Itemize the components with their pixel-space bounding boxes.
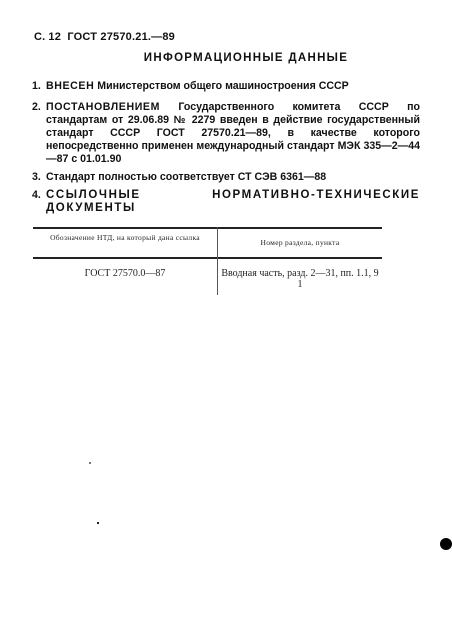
- info-item-4: 4. ССЫЛОЧНЫЕ НОРМАТИВНО-ТЕХНИЧЕСКИЕ ДОКУ…: [32, 189, 420, 215]
- page-header: С.12 ГОСТ 27570.21.—89: [34, 31, 175, 43]
- table-cell-designation: ГОСТ 27570.0—87: [33, 268, 217, 279]
- item-number: 3.: [32, 171, 41, 184]
- table-top-rule: [33, 227, 382, 229]
- item-lead: ПОСТАНОВЛЕНИЕМ: [46, 101, 160, 113]
- item-text: Министерством общего машиностроения СССР: [97, 80, 348, 92]
- scan-speck: [97, 522, 99, 524]
- item-number: 1.: [32, 80, 41, 93]
- column-header-designation: Обозначение НТД, на который дана ссылка: [33, 233, 217, 242]
- info-item-3: 3. Стандарт полностью соответствует СТ С…: [32, 171, 420, 184]
- item-text: ССЫЛОЧНЫЕ НОРМАТИВНО-ТЕХНИЧЕСКИЕ ДОКУМЕН…: [46, 189, 420, 214]
- page-number: 12: [48, 31, 61, 43]
- table-cell-section: Вводная часть, разд. 2—31, пп. 1.1, 9 1: [218, 268, 382, 290]
- scan-speck: [89, 462, 91, 464]
- info-item-1: 1. ВНЕСЕН Министерством общего машиностр…: [32, 80, 420, 93]
- page-prefix: С.: [34, 31, 45, 43]
- punch-hole-mark: [440, 538, 452, 550]
- column-header-section: Номер раздела, пункта: [218, 238, 382, 247]
- section-title: ИНФОРМАЦИОННЫЕ ДАННЫЕ: [0, 52, 452, 64]
- item-number: 2.: [32, 101, 41, 114]
- info-item-2: 2. ПОСТАНОВЛЕНИЕМ Государственного комит…: [32, 101, 420, 166]
- item-number: 4.: [32, 189, 41, 202]
- item-text: Стандарт полностью соответствует СТ СЭВ …: [46, 171, 326, 183]
- item-lead: ВНЕСЕН: [46, 80, 94, 92]
- standard-code: ГОСТ 27570.21.—89: [67, 31, 175, 43]
- table-header-rule: [33, 257, 382, 259]
